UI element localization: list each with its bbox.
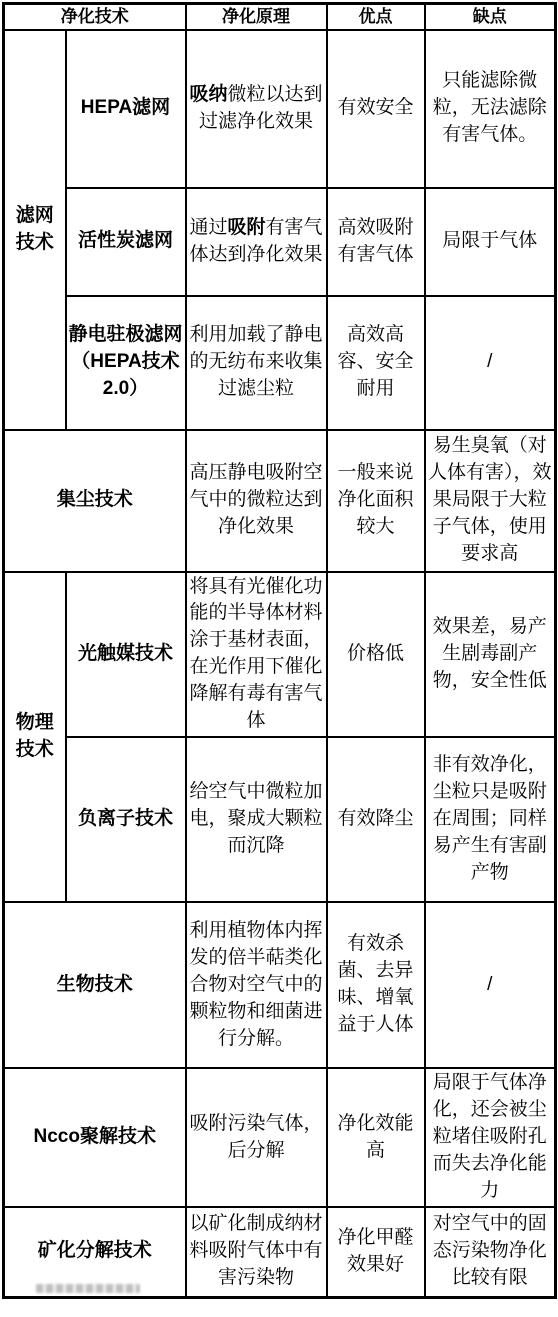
row-electret-pros: 高效高容、安全耐用 bbox=[327, 296, 425, 430]
row-anion-cons: 非有效净化，尘粒只是吸附在周围；同样易产生有害副产物 bbox=[425, 737, 556, 902]
row-photocatalyst-cons: 效果差，易产生剧毒副产物，安全性低 bbox=[425, 572, 556, 738]
row-mineralization-name: 矿化分解技术 bbox=[4, 1207, 186, 1297]
row-carbon-cons: 局限于气体 bbox=[425, 188, 556, 296]
row-bio-name: 生物技术 bbox=[4, 902, 186, 1068]
header-row: 净化技术 净化原理 优点 缺点 bbox=[4, 4, 556, 30]
page: 净化技术 净化原理 优点 缺点 滤网技术 HEPA滤网 吸纳微粒以达到过滤净化效… bbox=[0, 0, 558, 1317]
row-mineralization: 矿化分解技术 以矿化制成纳材料吸附气体中有害污染物 净化甲醛效果好 对空气中的固… bbox=[4, 1207, 556, 1297]
header-principle: 净化原理 bbox=[186, 4, 327, 30]
row-ncco-name: Ncco聚解技术 bbox=[4, 1068, 186, 1207]
row-photocatalyst-pros: 价格低 bbox=[327, 572, 425, 738]
row-carbon: 活性炭滤网 通过吸附有害气体达到净化效果 高效吸附有害气体 局限于气体 bbox=[4, 188, 556, 296]
row-electret-principle: 利用加载了静电的无纺布来收集过滤尘粒 bbox=[186, 296, 327, 430]
row-anion-principle: 给空气中微粒加电，聚成大颗粒而沉降 bbox=[186, 737, 327, 902]
row-mineralization-principle: 以矿化制成纳材料吸附气体中有害污染物 bbox=[186, 1207, 327, 1297]
row-electret: 静电驻极滤网（HEPA技术2.0） 利用加载了静电的无纺布来收集过滤尘粒 高效高… bbox=[4, 296, 556, 430]
purification-table: 净化技术 净化原理 优点 缺点 滤网技术 HEPA滤网 吸纳微粒以达到过滤净化效… bbox=[2, 2, 557, 1299]
row-hepa: 滤网技术 HEPA滤网 吸纳微粒以达到过滤净化效果 有效安全 只能滤除微粒，无法… bbox=[4, 30, 556, 188]
group-filter: 滤网技术 bbox=[4, 30, 66, 430]
row-dust-pros: 一般来说净化面积较大 bbox=[327, 430, 425, 572]
header-pros: 优点 bbox=[327, 4, 425, 30]
row-ncco: Ncco聚解技术 吸附污染气体，后分解 净化效能高 局限于气体净化，还会被尘粒堵… bbox=[4, 1068, 556, 1207]
row-electret-name: 静电驻极滤网（HEPA技术2.0） bbox=[66, 296, 186, 430]
row-hepa-name: HEPA滤网 bbox=[66, 30, 186, 188]
row-bio-principle: 利用植物体内挥发的倍半萜类化合物对空气中的颗粒物和细菌进行分解。 bbox=[186, 902, 327, 1068]
row-dust-principle: 高压静电吸附空气中的微粒达到净化效果 bbox=[186, 430, 327, 572]
row-mineralization-cons: 对空气中的固态污染物净化比较有限 bbox=[425, 1207, 556, 1297]
header-tech: 净化技术 bbox=[4, 4, 186, 30]
row-carbon-principle: 通过吸附有害气体达到净化效果 bbox=[186, 188, 327, 296]
row-anion-pros: 有效降尘 bbox=[327, 737, 425, 902]
row-ncco-pros: 净化效能高 bbox=[327, 1068, 425, 1207]
row-hepa-cons: 只能滤除微粒，无法滤除有害气体。 bbox=[425, 30, 556, 188]
row-hepa-pros: 有效安全 bbox=[327, 30, 425, 188]
row-electret-cons: / bbox=[425, 296, 556, 430]
row-mineralization-pros: 净化甲醛效果好 bbox=[327, 1207, 425, 1297]
row-photocatalyst-name: 光触媒技术 bbox=[66, 572, 186, 738]
row-dust: 集尘技术 高压静电吸附空气中的微粒达到净化效果 一般来说净化面积较大 易生臭氧（… bbox=[4, 430, 556, 572]
header-cons: 缺点 bbox=[425, 4, 556, 30]
row-photocatalyst: 物理技术 光触媒技术 将具有光催化功能的半导体材料涂于基材表面，在光作用下催化降… bbox=[4, 572, 556, 738]
group-physical: 物理技术 bbox=[4, 572, 66, 903]
row-anion: 负离子技术 给空气中微粒加电，聚成大颗粒而沉降 有效降尘 非有效净化，尘粒只是吸… bbox=[4, 737, 556, 902]
row-carbon-name: 活性炭滤网 bbox=[66, 188, 186, 296]
row-bio-pros: 有效杀菌、去异味、增氧益于人体 bbox=[327, 902, 425, 1068]
row-photocatalyst-principle: 将具有光催化功能的半导体材料涂于基材表面，在光作用下催化降解有毒有害气体 bbox=[186, 572, 327, 738]
row-bio: 生物技术 利用植物体内挥发的倍半萜类化合物对空气中的颗粒物和细菌进行分解。 有效… bbox=[4, 902, 556, 1068]
row-carbon-pros: 高效吸附有害气体 bbox=[327, 188, 425, 296]
row-ncco-cons: 局限于气体净化，还会被尘粒堵住吸附孔而失去净化能力 bbox=[425, 1068, 556, 1207]
row-hepa-principle: 吸纳微粒以达到过滤净化效果 bbox=[186, 30, 327, 188]
row-dust-cons: 易生臭氧（对人体有害），效果局限于大粒子气体，使用要求高 bbox=[425, 430, 556, 572]
row-bio-cons: / bbox=[425, 902, 556, 1068]
row-ncco-principle: 吸附污染气体，后分解 bbox=[186, 1068, 327, 1207]
row-dust-name: 集尘技术 bbox=[4, 430, 186, 572]
row-anion-name: 负离子技术 bbox=[66, 737, 186, 902]
